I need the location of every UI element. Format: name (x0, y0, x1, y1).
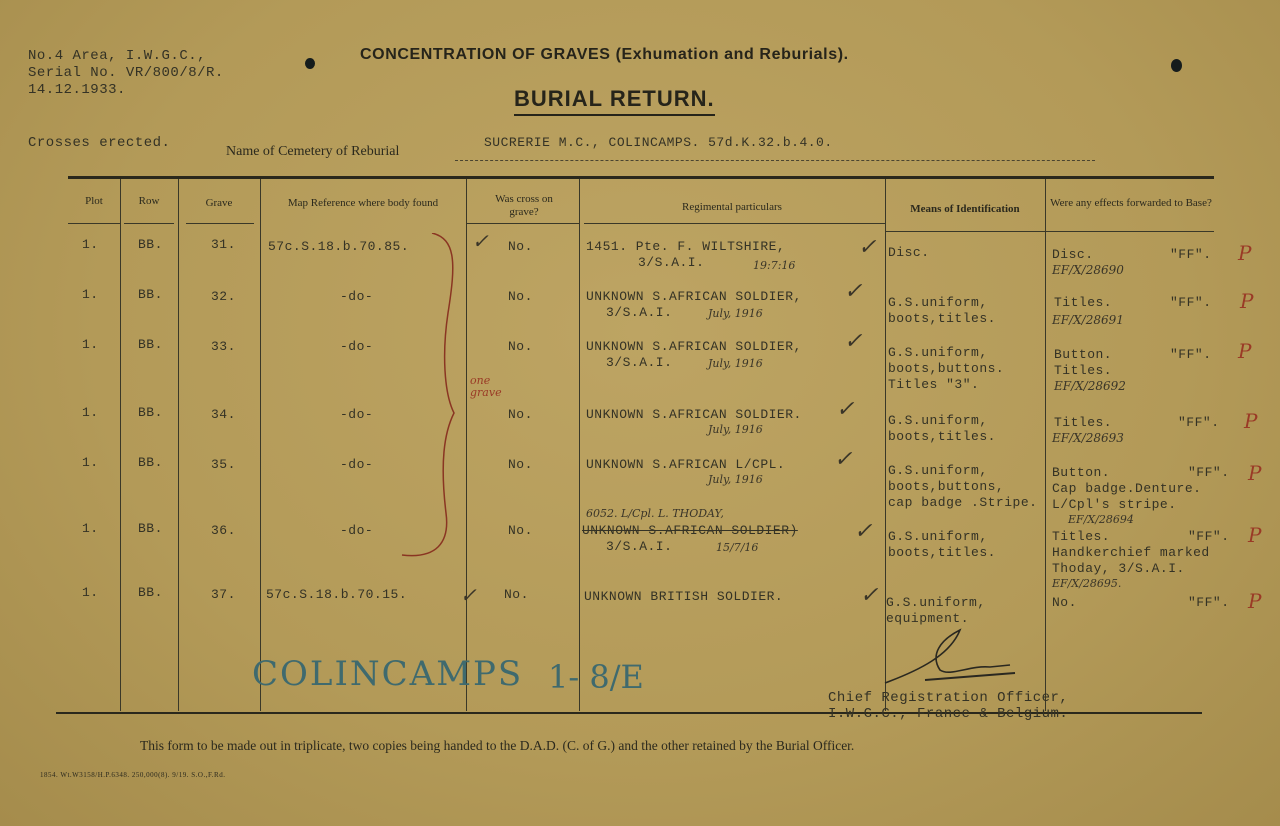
header-cross-on-grave: Was cross on grave? (486, 193, 562, 219)
regimental-line1: UNKNOWN S.AFRICAN SOLDIER, (586, 339, 802, 354)
effects-code: "FF". (1188, 465, 1230, 480)
map-ref-cell: -do- (340, 289, 373, 304)
blue-pencil-note: COLINCAMPS (252, 654, 523, 694)
column-divider (466, 179, 467, 711)
effects-line: Titles. (1054, 295, 1112, 310)
footer-instruction: This form to be made out in triplicate, … (140, 738, 854, 754)
regimental-line2: 3/S.A.I. (638, 255, 704, 270)
plot-cell: 1. (82, 287, 99, 302)
cemetery-value: SUCRERIE M.C., COLINCAMPS. 57d.K.32.b.4.… (484, 135, 833, 150)
cross-cell: No. (508, 289, 533, 304)
grave-cell: 31. (211, 237, 236, 252)
plot-cell: 1. (82, 237, 99, 252)
row-cell: BB. (138, 521, 163, 536)
check-mark-icon: ✓ (860, 583, 878, 608)
check-mark-icon: ✓ (844, 329, 862, 354)
header-reference-block: No.4 Area, I.W.G.C., Serial No. VR/800/8… (28, 48, 224, 99)
regimental-date: July, 1916 (708, 423, 763, 436)
effects-mark: P (1248, 523, 1261, 547)
effects-line: Titles. (1052, 529, 1110, 544)
grave-cell: 33. (211, 339, 236, 354)
effects-ref: EF/X/28692 (1054, 379, 1126, 393)
area-line: No.4 Area, I.W.G.C., (28, 48, 224, 65)
regimental-line1-struck: UNKNOWN S.AFRICAN SOLDIER) (582, 523, 798, 538)
effects-mark: P (1248, 461, 1261, 485)
cross-cell: No. (508, 407, 533, 422)
printer-imprint: 1854. Wt.W3158/H.P.6348. 250,000(8). 9/1… (40, 771, 225, 779)
cemetery-label: Name of Cemetery of Reburial (226, 144, 399, 160)
effects-mark: P (1248, 589, 1261, 613)
form-subtitle: BURIAL RETURN. (514, 86, 715, 116)
effects-line: Handkerchief marked (1052, 545, 1210, 560)
identification-line: G.S.uniform, (888, 345, 988, 360)
row-cell: BB. (138, 585, 163, 600)
map-ref-cell: 57c.S.18.b.70.15. (266, 587, 407, 602)
regimental-date: July, 1916 (708, 473, 763, 486)
effects-line: No. (1052, 595, 1077, 610)
serial-line: Serial No. VR/800/8/R. (28, 65, 224, 82)
crosses-erected-note: Crosses erected. (28, 135, 170, 151)
effects-ref: EF/X/28690 (1052, 263, 1124, 277)
effects-line: Button. (1054, 347, 1112, 362)
identification-line: Disc. (888, 245, 930, 260)
header-map-reference: Map Reference where body found (260, 197, 466, 210)
regimental-line2: 3/S.A.I. (606, 305, 672, 320)
plot-cell: 1. (82, 455, 99, 470)
row-cell: BB. (138, 287, 163, 302)
grave-cell: 34. (211, 407, 236, 422)
effects-line: Titles. (1054, 363, 1112, 378)
effects-line: Button. (1052, 465, 1110, 480)
regimental-line1: UNKNOWN S.AFRICAN SOLDIER, (586, 289, 802, 304)
regimental-correction: 6052. L/Cpl. L. THODAY, (586, 507, 724, 520)
cemetery-underline (455, 160, 1095, 161)
map-ref-cell: -do- (340, 457, 373, 472)
burial-table: Plot Row Grave Map Reference where body … (68, 176, 1214, 711)
identification-line: boots,buttons. (888, 361, 1004, 376)
identification-line: G.S.uniform, (888, 295, 988, 310)
map-ref-cell: 57c.S.18.b.70.85. (268, 239, 409, 254)
effects-code: "FF". (1170, 347, 1212, 362)
map-ref-cell: -do- (340, 523, 373, 538)
header-grave: Grave (178, 197, 260, 210)
identification-line: G.S.uniform, (888, 529, 988, 544)
row-cell: BB. (138, 337, 163, 352)
grave-cell: 32. (211, 289, 236, 304)
identification-line: G.S.uniform, (888, 463, 988, 478)
column-divider (120, 179, 121, 711)
effects-line: Disc. (1052, 247, 1094, 262)
date-line: 14.12.1933. (28, 82, 224, 99)
effects-ref: EF/X/28691 (1052, 313, 1124, 327)
cross-cell: No. (508, 523, 533, 538)
check-mark-icon: ✓ (834, 447, 852, 472)
regimental-line1: UNKNOWN S.AFRICAN SOLDIER. (586, 407, 802, 422)
cross-cell: No. (508, 457, 533, 472)
column-divider (579, 179, 580, 711)
signatory-title: Chief Registration Officer, (828, 690, 1068, 706)
grave-cell: 35. (211, 457, 236, 472)
regimental-date: July, 1916 (708, 357, 763, 370)
check-mark-icon: ✓ (854, 519, 872, 544)
effects-ref: EF/X/28694 (1068, 513, 1134, 526)
plot-cell: 1. (82, 405, 99, 420)
effects-line: Thoday, 3/S.A.I. (1052, 561, 1185, 576)
check-mark-icon: ✓ (460, 583, 477, 607)
effects-code: "FF". (1188, 529, 1230, 544)
effects-line: L/Cpl's stripe. (1052, 497, 1177, 512)
row-cell: BB. (138, 405, 163, 420)
regimental-date: 15/7/16 (716, 541, 758, 554)
identification-line: Titles "3". (888, 377, 979, 392)
map-ref-cell: -do- (340, 407, 373, 422)
identification-line: boots,titles. (888, 429, 996, 444)
regimental-line1: UNKNOWN S.AFRICAN L/CPL. (586, 457, 785, 472)
bracket-note: one grave (470, 375, 506, 399)
cross-cell: No. (508, 239, 533, 254)
effects-code: "FF". (1178, 415, 1220, 430)
effects-mark: P (1240, 289, 1253, 313)
header-plot: Plot (68, 195, 120, 208)
effects-code: "FF". (1170, 295, 1212, 310)
check-mark-icon: ✓ (836, 397, 854, 422)
signatory-org: I.W.G.C., France & Belgium. (828, 706, 1068, 722)
grave-cell: 37. (211, 587, 236, 602)
check-mark-icon: ✓ (844, 279, 862, 304)
plot-cell: 1. (82, 521, 99, 536)
cross-cell: No. (504, 587, 529, 602)
effects-ref: EF/X/28693 (1052, 431, 1124, 445)
map-ref-cell: -do- (340, 339, 373, 354)
bracket-annotation-icon (396, 233, 466, 563)
plot-cell: 1. (82, 337, 99, 352)
check-mark-icon: ✓ (858, 235, 876, 260)
plot-cell: 1. (82, 585, 99, 600)
effects-code: "FF". (1188, 595, 1230, 610)
effects-mark: P (1244, 409, 1257, 433)
cross-cell: No. (508, 339, 533, 354)
header-regimental: Regimental particulars (579, 201, 885, 214)
regimental-date: July, 1916 (708, 307, 763, 320)
blue-pencil-ref: 1- 8/E (548, 658, 644, 696)
header-row: Row (120, 195, 178, 208)
identification-line: boots,buttons, (888, 479, 1004, 494)
effects-ref: EF/X/28695. (1052, 577, 1121, 590)
regimental-line2: 3/S.A.I. (606, 355, 672, 370)
effects-line: Titles. (1054, 415, 1112, 430)
column-divider (1045, 179, 1046, 711)
column-divider (260, 179, 261, 711)
signature-icon (880, 625, 1030, 690)
punch-hole-mark (1171, 59, 1182, 72)
row-cell: BB. (138, 455, 163, 470)
header-effects: Were any effects forwarded to Base? (1048, 197, 1214, 210)
regimental-line1: 1451. Pte. F. WILTSHIRE, (586, 239, 785, 254)
regimental-line1: UNKNOWN BRITISH SOLDIER. (584, 589, 783, 604)
punch-hole-mark (305, 58, 315, 69)
identification-line: G.S.uniform, (888, 413, 988, 428)
effects-mark: P (1238, 339, 1251, 363)
regimental-line2: 3/S.A.I. (606, 539, 672, 554)
row-cell: BB. (138, 237, 163, 252)
identification-line: G.S.uniform, (886, 595, 986, 610)
check-mark-icon: ✓ (472, 229, 489, 253)
identification-line: equipment. (886, 611, 969, 626)
identification-line: boots,titles. (888, 545, 996, 560)
header-identification: Means of Identification (885, 203, 1045, 216)
regimental-date: 19:7:16 (753, 259, 795, 272)
grave-cell: 36. (211, 523, 236, 538)
form-title: CONCENTRATION OF GRAVES (Exhumation and … (360, 46, 849, 64)
column-divider (178, 179, 179, 711)
identification-line: boots,titles. (888, 311, 996, 326)
effects-mark: P (1238, 241, 1251, 265)
effects-line: Cap badge.Denture. (1052, 481, 1201, 496)
effects-code: "FF". (1170, 247, 1212, 262)
identification-line: cap badge .Stripe. (888, 495, 1037, 510)
